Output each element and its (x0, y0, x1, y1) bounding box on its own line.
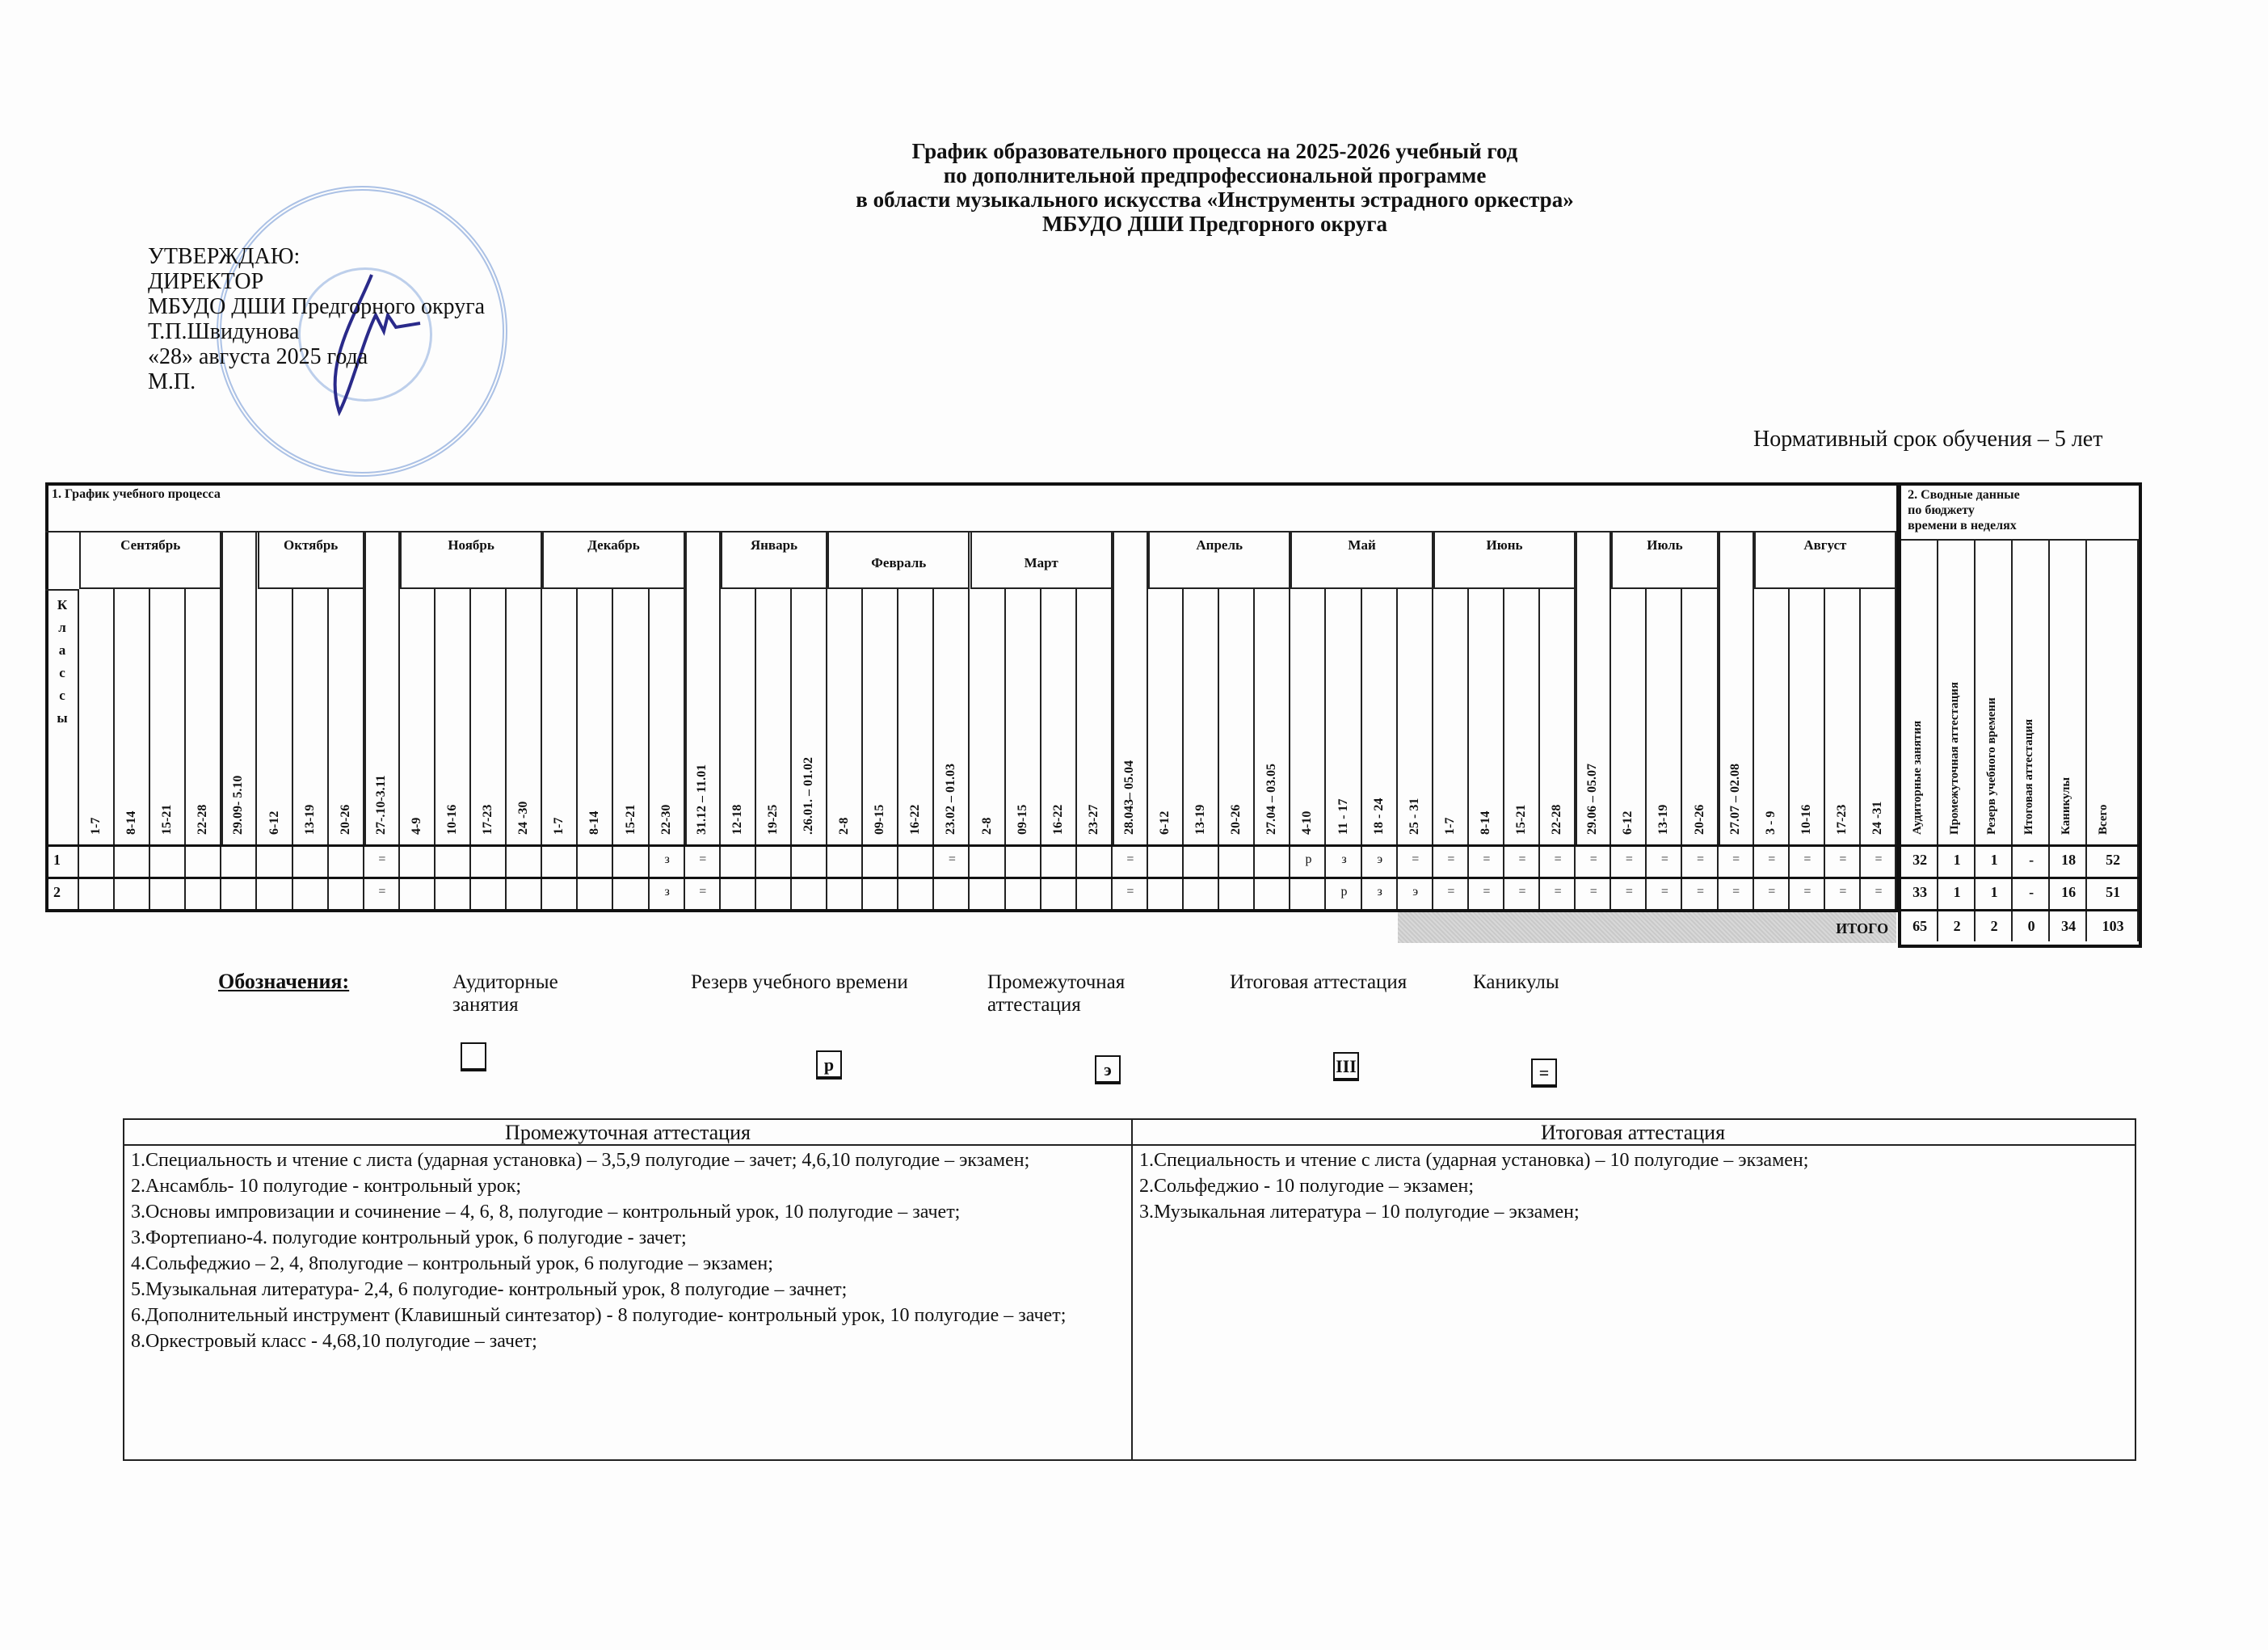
final-attestation-header: Итоговая аттестация (1131, 1120, 2135, 1146)
week-label: 24 -30 (516, 802, 531, 835)
schedule-cell: = (1861, 877, 1896, 907)
legend-label: Промежуточная аттестация (987, 971, 1173, 1017)
summary-value: 1 (1976, 877, 2013, 907)
legend-title: Обозначения: (218, 970, 349, 994)
attestation-item: 3.Фортепиано-4. полугодие контрольный ур… (131, 1225, 1125, 1251)
week-col (1148, 589, 1184, 909)
schedule-cell: = (1469, 844, 1504, 875)
week-col (1184, 589, 1219, 909)
legend-label: Резерв учебного времени (691, 971, 908, 994)
schedule-cell: = (1719, 877, 1754, 907)
week-col (436, 589, 471, 909)
summary-header: Итоговая аттестация (2022, 719, 2036, 835)
approval-name: Т.П.Швидунова (148, 319, 485, 344)
study-term: Нормативный срок обучения – 5 лет (1753, 427, 2102, 452)
title-line-4: МБУДО ДШИ Предгорного округа (162, 212, 2268, 236)
week-label: 11 - 17 (1336, 799, 1351, 835)
week-label: 31.12 – 11.01 (695, 764, 709, 835)
schedule-cell: = (1861, 844, 1896, 875)
schedule-cell: р (1327, 877, 1362, 907)
class-1: 1 (53, 844, 61, 875)
schedule-cell: = (1113, 844, 1148, 875)
week-col (258, 589, 293, 909)
schedule-cell: з (650, 877, 685, 907)
week-label: 1-7 (89, 818, 103, 835)
legend-symbol: р (816, 1050, 842, 1080)
total-label: ИТОГО (1398, 912, 1896, 943)
week-label: 16-22 (908, 805, 923, 835)
week-col (827, 589, 863, 909)
schedule-cell: = (685, 844, 721, 875)
schedule-cell: = (1433, 844, 1469, 875)
attestation-item: 1.Специальность и чтение с листа (ударна… (1139, 1147, 2128, 1173)
month-4: Ноябрь (400, 537, 542, 554)
week-label: 6-12 (1158, 811, 1172, 835)
week-label: 8-14 (587, 811, 602, 835)
month-7: Январь (721, 537, 827, 554)
attestation-item: 3.Основы импровизации и сочинение – 4, 6… (131, 1199, 1125, 1225)
total-value: 0 (2013, 911, 2050, 941)
summary-value: 18 (2050, 844, 2087, 875)
week-col (792, 589, 827, 909)
schedule-cell: = (1576, 877, 1611, 907)
week-col (1006, 589, 1041, 909)
attestation-item: 1.Специальность и чтение с листа (ударна… (131, 1147, 1125, 1173)
month-2: Октябрь (258, 537, 364, 554)
week-label: .26.01. – 01.02 (802, 757, 816, 835)
week-col (293, 589, 329, 909)
schedule-cell: з (1362, 877, 1398, 907)
week-label: 1-7 (1443, 818, 1458, 835)
summary-header: Промежуточная аттестация (1948, 682, 1962, 835)
legend-label: Аудиторные занятия (452, 971, 598, 1017)
attestation-item: 2.Ансамбль- 10 полугодие - контрольный у… (131, 1173, 1125, 1199)
summary-header: Каникулы (2060, 777, 2073, 835)
week-label: 15-21 (1514, 805, 1529, 835)
month-11: Апрель (1148, 537, 1290, 554)
schedule-cell: = (1825, 877, 1861, 907)
schedule-cell: = (1433, 877, 1469, 907)
schedule-cell: = (1825, 844, 1861, 875)
week-label: 20-26 (1693, 805, 1707, 835)
schedule-table: 1. График учебного процесса2. Сводные да… (45, 482, 2227, 911)
title-line-3: в области музыкального искусства «Инстру… (162, 187, 2268, 212)
week-label: 10-16 (445, 805, 460, 835)
classes-col (45, 589, 79, 909)
summary-value: 16 (2050, 877, 2087, 907)
schedule-cell: = (685, 877, 721, 907)
week-label: 4-9 (410, 818, 424, 835)
week-col (863, 589, 898, 909)
summary-value: 1 (1938, 877, 1976, 907)
month-0: Сентябрь (79, 537, 221, 554)
schedule-cell: = (1790, 877, 1825, 907)
legend-label: Итоговая аттестация (1230, 971, 1407, 994)
schedule-cell: = (1504, 877, 1540, 907)
summary-header: Резерв учебного времени (1985, 697, 1999, 835)
schedule-cell: = (1683, 877, 1719, 907)
summary-header: Всего (2097, 805, 2110, 835)
attestation-table: Промежуточная аттестация Итоговая аттест… (123, 1118, 2136, 1461)
week-label: 8-14 (124, 811, 139, 835)
month-15: Июль (1611, 537, 1718, 554)
document-title: График образовательного процесса на 2025… (0, 139, 2268, 236)
class-2: 2 (53, 877, 61, 907)
total-value: 103 (2087, 911, 2139, 941)
attestation-item: 4.Сольфеджио – 2, 4, 8полугодие – контро… (131, 1251, 1125, 1277)
intermediate-attestation-list: 1.Специальность и чтение с листа (ударна… (124, 1146, 1131, 1459)
week-label: 22-28 (196, 805, 210, 835)
week-col (221, 531, 257, 909)
schedule-cell: = (1754, 844, 1790, 875)
schedule-cell: з (650, 844, 685, 875)
month-5: Декабрь (542, 537, 684, 554)
summary-value: 33 (1901, 877, 1938, 907)
week-label: 23.02 – 01.03 (944, 764, 958, 835)
attestation-item: 2.Сольфеджио - 10 полугодие – экзамен; (1139, 1173, 2128, 1199)
week-label: 4-10 (1300, 811, 1315, 835)
week-label: 15-21 (624, 805, 638, 835)
attestation-item: 6.Дополнительный инструмент (Клавишный с… (131, 1303, 1125, 1328)
schedule-cell: = (1647, 844, 1682, 875)
summary-value: 52 (2087, 844, 2139, 875)
week-label: 24 -31 (1870, 802, 1885, 835)
schedule-cell: з (1327, 844, 1362, 875)
schedule-cell: = (1683, 844, 1719, 875)
week-col (471, 589, 507, 909)
week-label: 29.06 – 05.07 (1585, 764, 1600, 835)
schedule-cell: = (1504, 844, 1540, 875)
week-label: 13-19 (1193, 805, 1208, 835)
summary-value: 1 (1938, 844, 1976, 875)
week-label: 10-16 (1799, 805, 1814, 835)
schedule-cell: = (1398, 844, 1433, 875)
month-13: Июнь (1433, 537, 1576, 554)
month-8: Февраль (827, 555, 970, 571)
summary-value: 32 (1901, 844, 1938, 875)
week-label: 19-25 (766, 805, 781, 835)
schedule-cell: = (1540, 877, 1576, 907)
week-label: 18 - 24 (1372, 798, 1386, 835)
week-label: 13-19 (303, 805, 318, 835)
legend-symbol: III (1333, 1052, 1359, 1081)
schedule-cell: = (934, 844, 970, 875)
approval-date: «28» августа 2025 года (148, 344, 485, 369)
approval-seal-mark: М.П. (148, 369, 485, 394)
month-17: Август (1754, 537, 1896, 554)
title-line-1: График образовательного процесса на 2025… (162, 139, 2268, 163)
week-label: 28.043– 05.04 (1122, 760, 1137, 835)
week-col (1255, 589, 1290, 909)
total-value: 34 (2050, 911, 2087, 941)
week-col (186, 589, 221, 909)
week-label: 09-15 (1016, 805, 1030, 835)
week-label: 20-26 (1229, 805, 1243, 835)
schedule-cell: = (1719, 844, 1754, 875)
schedule-cell: = (1540, 844, 1576, 875)
month-9: Март (970, 555, 1113, 571)
week-col (578, 589, 613, 909)
schedule-cell: = (1611, 877, 1647, 907)
final-attestation-list: 1.Специальность и чтение с листа (ударна… (1133, 1146, 2135, 1459)
title-line-2: по дополнительной предпрофессиональной п… (162, 163, 2268, 187)
week-label: 13-19 (1656, 805, 1671, 835)
week-label: 16-22 (1051, 805, 1066, 835)
week-col (329, 589, 364, 909)
week-col (614, 589, 650, 909)
summary-value: - (2013, 877, 2050, 907)
legend-symbol: э (1095, 1055, 1121, 1084)
week-label: 2-8 (980, 818, 995, 835)
week-col (1041, 589, 1077, 909)
legend-label: Каникулы (1473, 971, 1559, 994)
week-label: 27.07 – 02.08 (1728, 764, 1743, 835)
week-label: 1-7 (552, 818, 566, 835)
section-2-title: 2. Сводные данныепо бюджетувремени в нед… (1908, 487, 2020, 533)
legend-symbol (461, 1042, 486, 1071)
week-label: 12-18 (730, 805, 745, 835)
summary-value: - (2013, 844, 2050, 875)
week-col (721, 589, 756, 909)
week-label: 17-23 (481, 805, 495, 835)
approval-position: ДИРЕКТОР (148, 269, 485, 294)
intermediate-attestation-header: Промежуточная аттестация (124, 1120, 1131, 1146)
schedule-cell: = (1469, 877, 1504, 907)
week-label: 8-14 (1479, 811, 1493, 835)
schedule-cell: = (1754, 877, 1790, 907)
schedule-cell: = (1790, 844, 1825, 875)
week-col (507, 589, 542, 909)
week-label: 6-12 (267, 811, 282, 835)
week-col (970, 589, 1006, 909)
week-label: 6-12 (1621, 811, 1635, 835)
approval-block: УТВЕРЖДАЮ: ДИРЕКТОР МБУДО ДШИ Предгорног… (148, 244, 485, 394)
schedule-cell: = (1576, 844, 1611, 875)
week-col (115, 589, 150, 909)
approval-organization: МБУДО ДШИ Предгорного округа (148, 294, 485, 319)
week-label: 09-15 (873, 805, 887, 835)
week-col (150, 589, 186, 909)
week-label: 27-.10-3.11 (374, 775, 389, 835)
attestation-item: 5.Музыкальная литература- 2,4, 6 полугод… (131, 1277, 1125, 1303)
week-label: 27.04 – 03.05 (1264, 764, 1279, 835)
section-1-title: 1. График учебного процесса (52, 487, 221, 502)
week-label: 25 - 31 (1408, 798, 1422, 835)
total-value: 2 (1938, 911, 1976, 941)
schedule-cell: = (364, 844, 400, 875)
approval-heading: УТВЕРЖДАЮ: (148, 244, 485, 269)
week-col (79, 589, 115, 909)
week-label: 23-27 (1087, 805, 1101, 835)
week-col (898, 589, 934, 909)
schedule-cell: р (1290, 844, 1326, 875)
week-col (1219, 589, 1255, 909)
attestation-item: 8.Оркестровый класс - 4,68,10 полугодие … (131, 1328, 1125, 1354)
week-label: 22-28 (1550, 805, 1564, 835)
week-label: 29.09- 5.10 (231, 776, 246, 835)
total-value: 65 (1901, 911, 1938, 941)
week-col (400, 589, 436, 909)
month-12: Май (1290, 537, 1433, 554)
schedule-cell: э (1362, 844, 1398, 875)
schedule-cell: э (1398, 877, 1433, 907)
week-label: 2-8 (837, 818, 852, 835)
summary-value: 51 (2087, 877, 2139, 907)
schedule-cell: = (1113, 877, 1148, 907)
attestation-item: 3.Музыкальная литература – 10 полугодие … (1139, 1199, 2128, 1225)
summary-header: Аудиторные занятия (1911, 721, 1925, 835)
week-label: 22-30 (659, 805, 674, 835)
week-label: 3 - 9 (1764, 811, 1778, 835)
week-label: 20-26 (339, 805, 353, 835)
legend-symbol: = (1531, 1059, 1557, 1088)
week-col (542, 589, 578, 909)
schedule-cell: = (1647, 877, 1682, 907)
week-label: 17-23 (1835, 805, 1849, 835)
total-value: 2 (1976, 911, 2013, 941)
week-col (1077, 589, 1113, 909)
schedule-cell: = (1611, 844, 1647, 875)
schedule-cell: = (364, 877, 400, 907)
week-label: 15-21 (160, 805, 175, 835)
summary-value: 1 (1976, 844, 2013, 875)
week-col (756, 589, 792, 909)
